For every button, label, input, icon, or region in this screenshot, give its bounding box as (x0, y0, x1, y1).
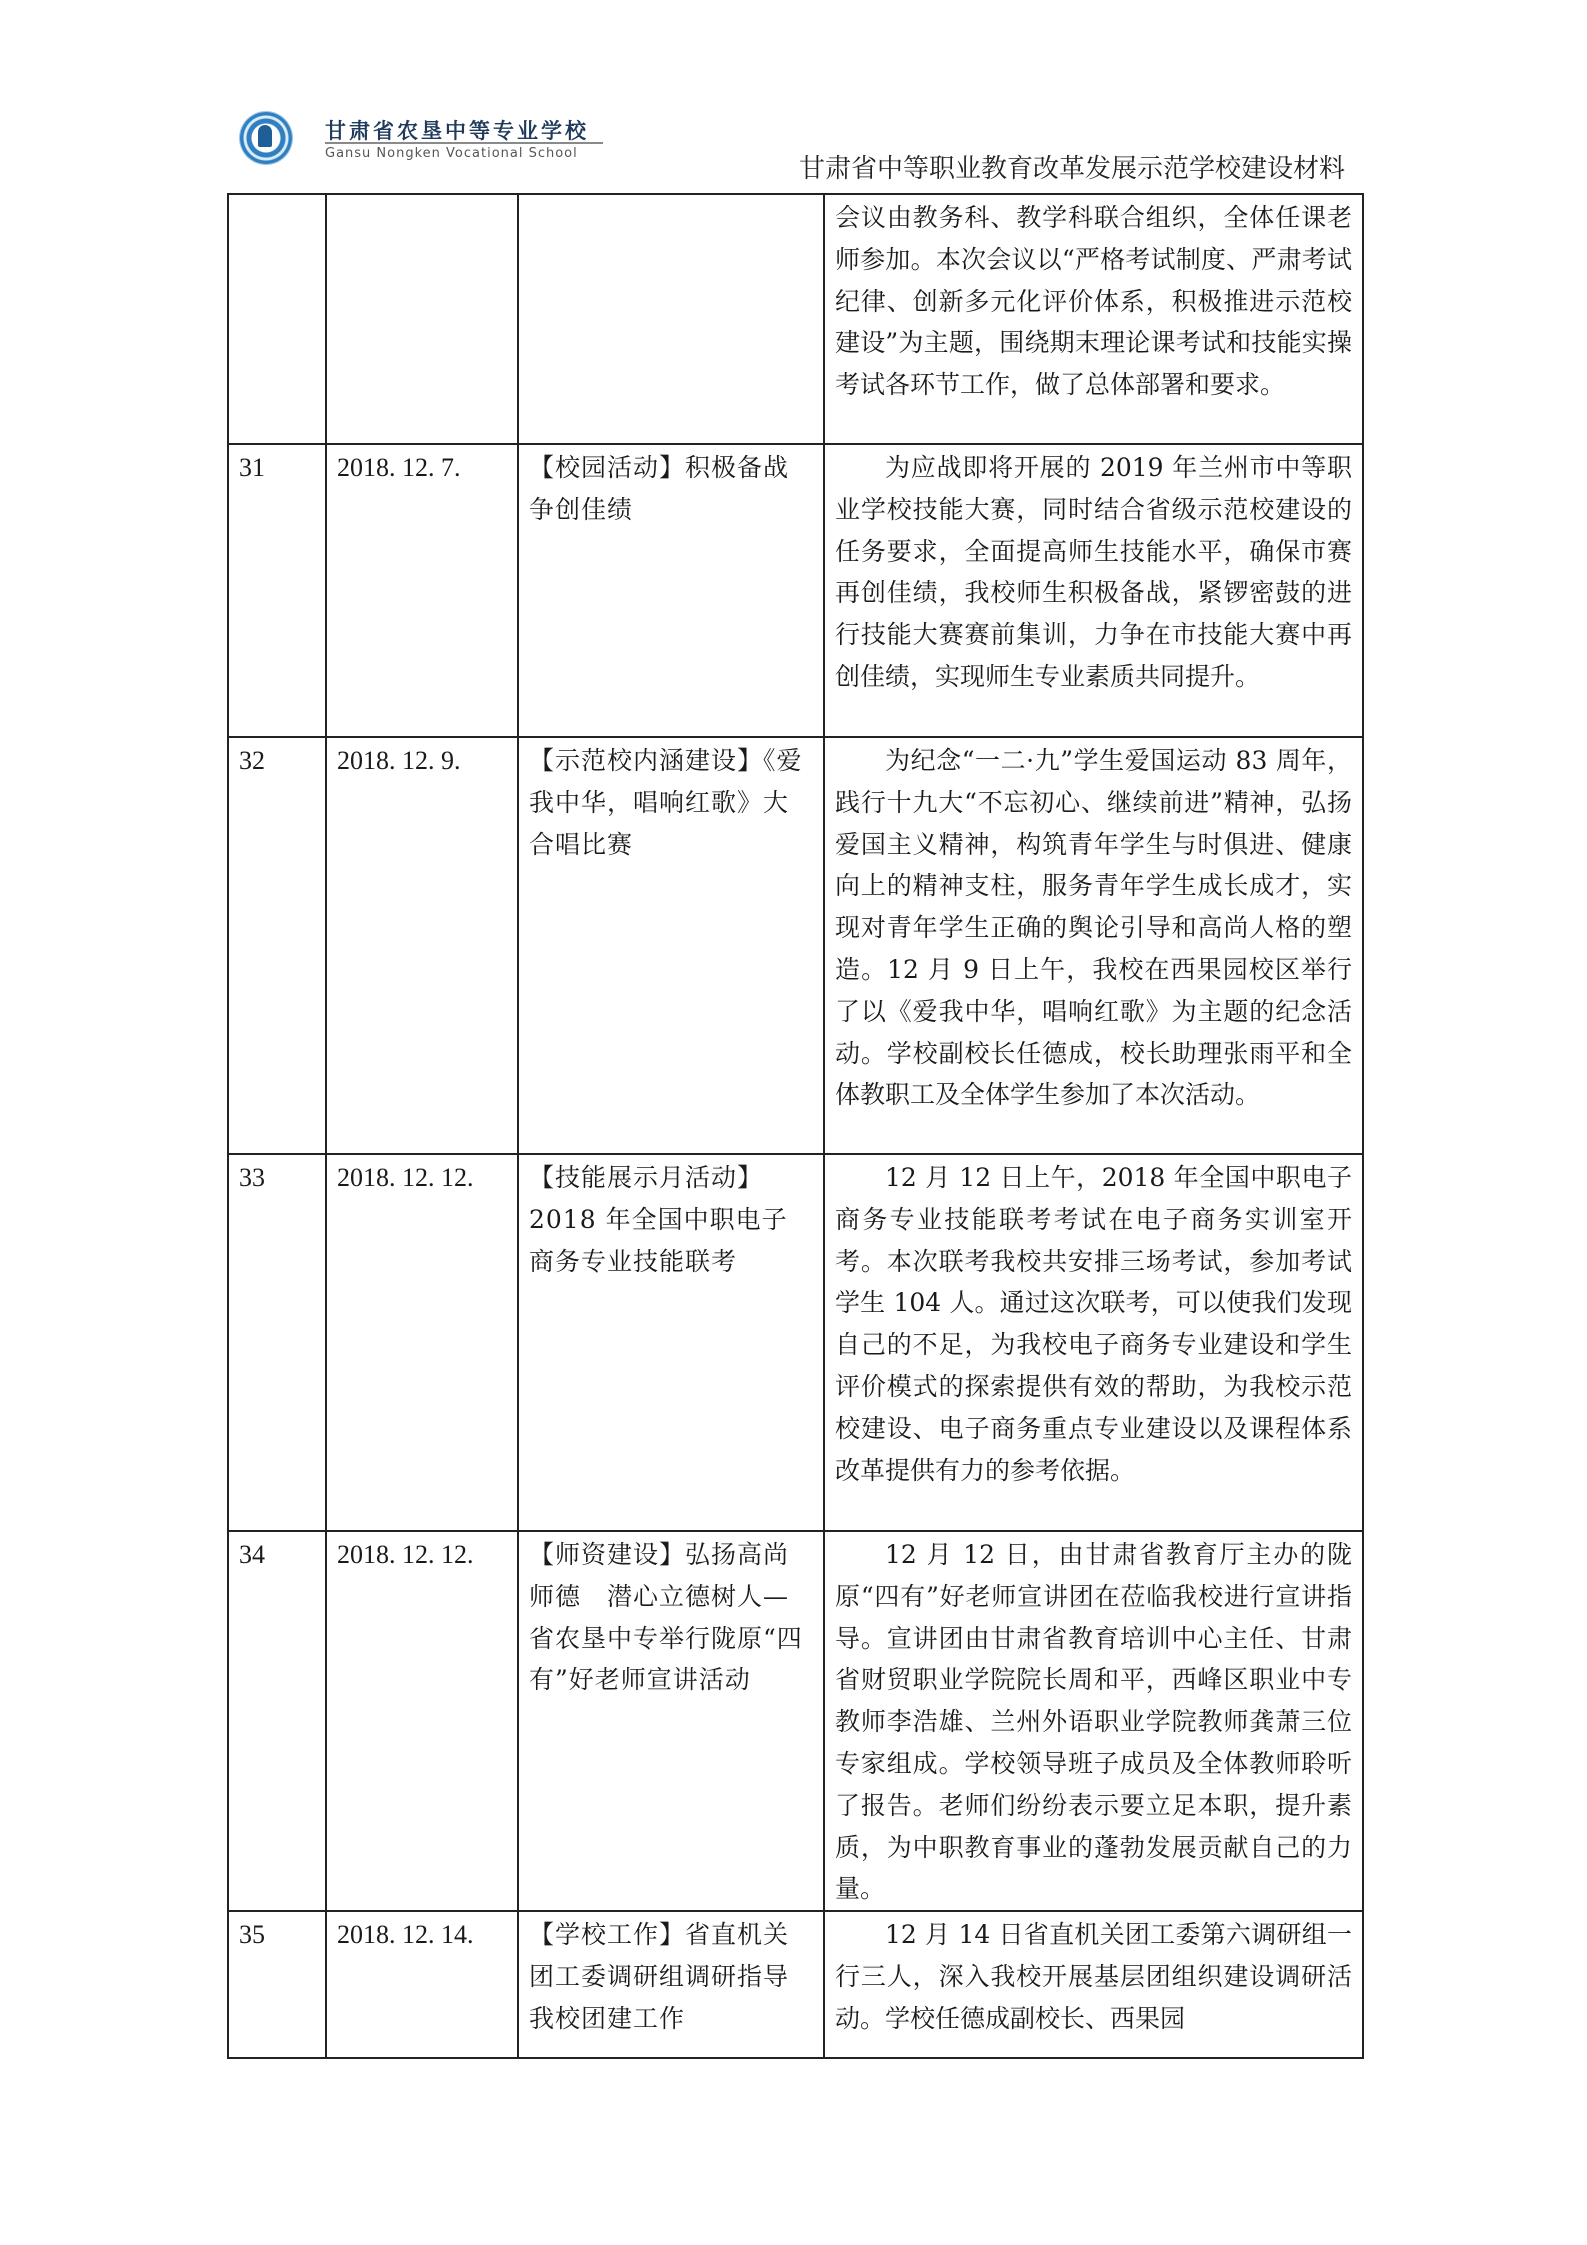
row-date: 2018. 12. 9. (326, 737, 518, 1154)
row-date: 2018. 12. 12. (326, 1531, 518, 1911)
table-row: 33 2018. 12. 12. 【技能展示月活动】2018 年全国中职电子商务… (228, 1154, 1363, 1531)
row-title: 【技能展示月活动】2018 年全国中职电子商务专业技能联考 (518, 1154, 824, 1531)
school-name-en: Gansu Nongken Vocational School (325, 146, 578, 161)
row-title: 【示范校内涵建设】《爱我中华，唱响红歌》大合唱比赛 (518, 737, 824, 1154)
row-content-text: 会议由教务科、教学科联合组织，全体任课老师参加。本次会议以“严格考试制度、严肃考… (835, 197, 1352, 406)
row-content-text: 为应战即将开展的 2019 年兰州市中等职业学校技能大赛，同时结合省级示范校建设… (835, 447, 1352, 698)
row-title: 【校园活动】积极备战争创佳绩 (518, 444, 824, 737)
row-number: 35 (228, 1911, 326, 2058)
row-content-text: 12 月 12 日上午，2018 年全国中职电子商务专业技能联考考试在电子商务实… (835, 1157, 1352, 1491)
activity-log-table: 会议由教务科、教学科联合组织，全体任课老师参加。本次会议以“严格考试制度、严肃考… (227, 193, 1364, 2059)
table-row: 会议由教务科、教学科联合组织，全体任课老师参加。本次会议以“严格考试制度、严肃考… (228, 194, 1363, 444)
row-content: 为应战即将开展的 2019 年兰州市中等职业学校技能大赛，同时结合省级示范校建设… (824, 444, 1363, 737)
row-date: 2018. 12. 7. (326, 444, 518, 737)
logo-divider (325, 142, 603, 144)
document-title: 甘肃省中等职业教育改革发展示范学校建设材料 (799, 148, 1345, 185)
row-date: 2018. 12. 12. (326, 1154, 518, 1531)
row-title (518, 194, 824, 444)
row-content-text: 12 月 14 日省直机关团工委第六调研组一行三人，深入我校开展基层团组织建设调… (835, 1914, 1352, 2039)
row-number (228, 194, 326, 444)
row-date: 2018. 12. 14. (326, 1911, 518, 2058)
row-title: 【师资建设】弘扬高尚师德 潜心立德树人—省农垦中专举行陇原“四有”好老师宣讲活动 (518, 1531, 824, 1911)
row-date (326, 194, 518, 444)
table-row: 35 2018. 12. 14. 【学校工作】省直机关团工委调研组调研指导我校团… (228, 1911, 1363, 2058)
table-row: 34 2018. 12. 12. 【师资建设】弘扬高尚师德 潜心立德树人—省农垦… (228, 1531, 1363, 1911)
row-content: 12 月 12 日，由甘肃省教育厅主办的陇原“四有”好老师宣讲团在莅临我校进行宣… (824, 1531, 1363, 1911)
row-content: 为纪念“一二·九”学生爱国运动 83 周年，践行十九大“不忘初心、继续前进”精神… (824, 737, 1363, 1154)
row-number: 32 (228, 737, 326, 1154)
row-content-text: 12 月 12 日，由甘肃省教育厅主办的陇原“四有”好老师宣讲团在莅临我校进行宣… (835, 1534, 1352, 1910)
row-content-text: 为纪念“一二·九”学生爱国运动 83 周年，践行十九大“不忘初心、继续前进”精神… (835, 740, 1352, 1116)
row-number: 34 (228, 1531, 326, 1911)
table-row: 32 2018. 12. 9. 【示范校内涵建设】《爱我中华，唱响红歌》大合唱比… (228, 737, 1363, 1154)
row-number: 31 (228, 444, 326, 737)
table-row: 31 2018. 12. 7. 【校园活动】积极备战争创佳绩 为应战即将开展的 … (228, 444, 1363, 737)
school-emblem-icon (240, 112, 292, 164)
row-content: 12 月 14 日省直机关团工委第六调研组一行三人，深入我校开展基层团组织建设调… (824, 1911, 1363, 2058)
emblem-figure (258, 125, 272, 147)
row-content: 会议由教务科、教学科联合组织，全体任课老师参加。本次会议以“严格考试制度、严肃考… (824, 194, 1363, 444)
row-number: 33 (228, 1154, 326, 1531)
row-title: 【学校工作】省直机关团工委调研组调研指导我校团建工作 (518, 1911, 824, 2058)
school-name-cn: 甘肃省农垦中等专业学校 (325, 115, 589, 145)
row-content: 12 月 12 日上午，2018 年全国中职电子商务专业技能联考考试在电子商务实… (824, 1154, 1363, 1531)
